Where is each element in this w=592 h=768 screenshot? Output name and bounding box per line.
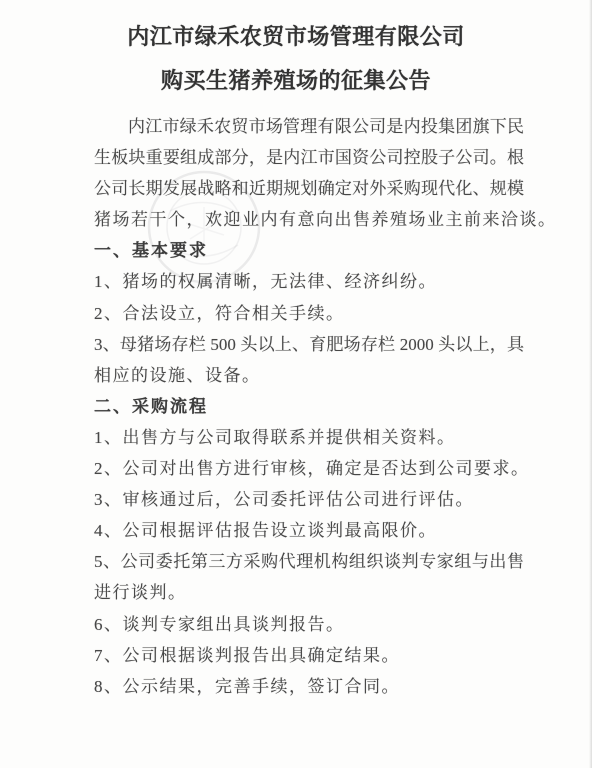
- intro-line-4: 猪场若干个，欢迎业内有意向出售养殖场业主前来洽谈。: [94, 204, 524, 235]
- intro-line-1: 内江市绿禾农贸市场管理有限公司是内投集团旗下民: [128, 111, 524, 142]
- section1-item-3-line2: 相应的设施、设备。: [94, 360, 524, 391]
- intro-line-3: 公司长期发展战略和近期规划确定对外采购现代化、规模化: [94, 173, 524, 204]
- section2-item-2: 2、公司对出售方进行审核，确定是否达到公司要求。: [94, 453, 524, 484]
- section2-item-3: 3、审核通过后，公司委托评估公司进行评估。: [94, 484, 524, 515]
- intro-line-2: 生板块重要组成部分，是内江市国资公司控股子公司。根据: [94, 142, 524, 173]
- section1-heading: 一、基本要求: [94, 235, 524, 266]
- section2-heading: 二、采购流程: [94, 391, 524, 422]
- document-title-line2: 购买生猪养殖场的征集公告: [0, 66, 592, 96]
- section2-item-5-line2: 进行谈判。: [94, 577, 524, 608]
- section2-item-4: 4、公司根据评估报告设立谈判最高限价。: [94, 515, 524, 546]
- section2-item-6: 6、谈判专家组出具谈判报告。: [94, 609, 524, 640]
- section2-item-7: 7、公司根据谈判报告出具确定结果。: [94, 640, 524, 671]
- section2-item-1: 1、出售方与公司取得联系并提供相关资料。: [94, 422, 524, 453]
- section1-item-1: 1、猪场的权属清晰，无法律、经济纠纷。: [94, 266, 524, 297]
- section1-item-3-line1: 3、母猪场存栏 500 头以上、育肥场存栏 2000 头以上，具备: [94, 329, 524, 360]
- scanned-document-page: 内江市绿禾农贸市场管理有限公司 购买生猪养殖场的征集公告 内江市绿禾农贸市场管理…: [0, 0, 592, 768]
- section2-item-8: 8、公示结果，完善手续，签订合同。: [94, 671, 524, 702]
- section1-item-2: 2、合法设立，符合相关手续。: [94, 298, 524, 329]
- section2-item-5-line1: 5、公司委托第三方采购代理机构组织谈判专家组与出售方: [94, 546, 524, 577]
- document-body: 内江市绿禾农贸市场管理有限公司是内投集团旗下民 生板块重要组成部分，是内江市国资…: [94, 111, 524, 702]
- document-title-line1: 内江市绿禾农贸市场管理有限公司: [0, 22, 592, 52]
